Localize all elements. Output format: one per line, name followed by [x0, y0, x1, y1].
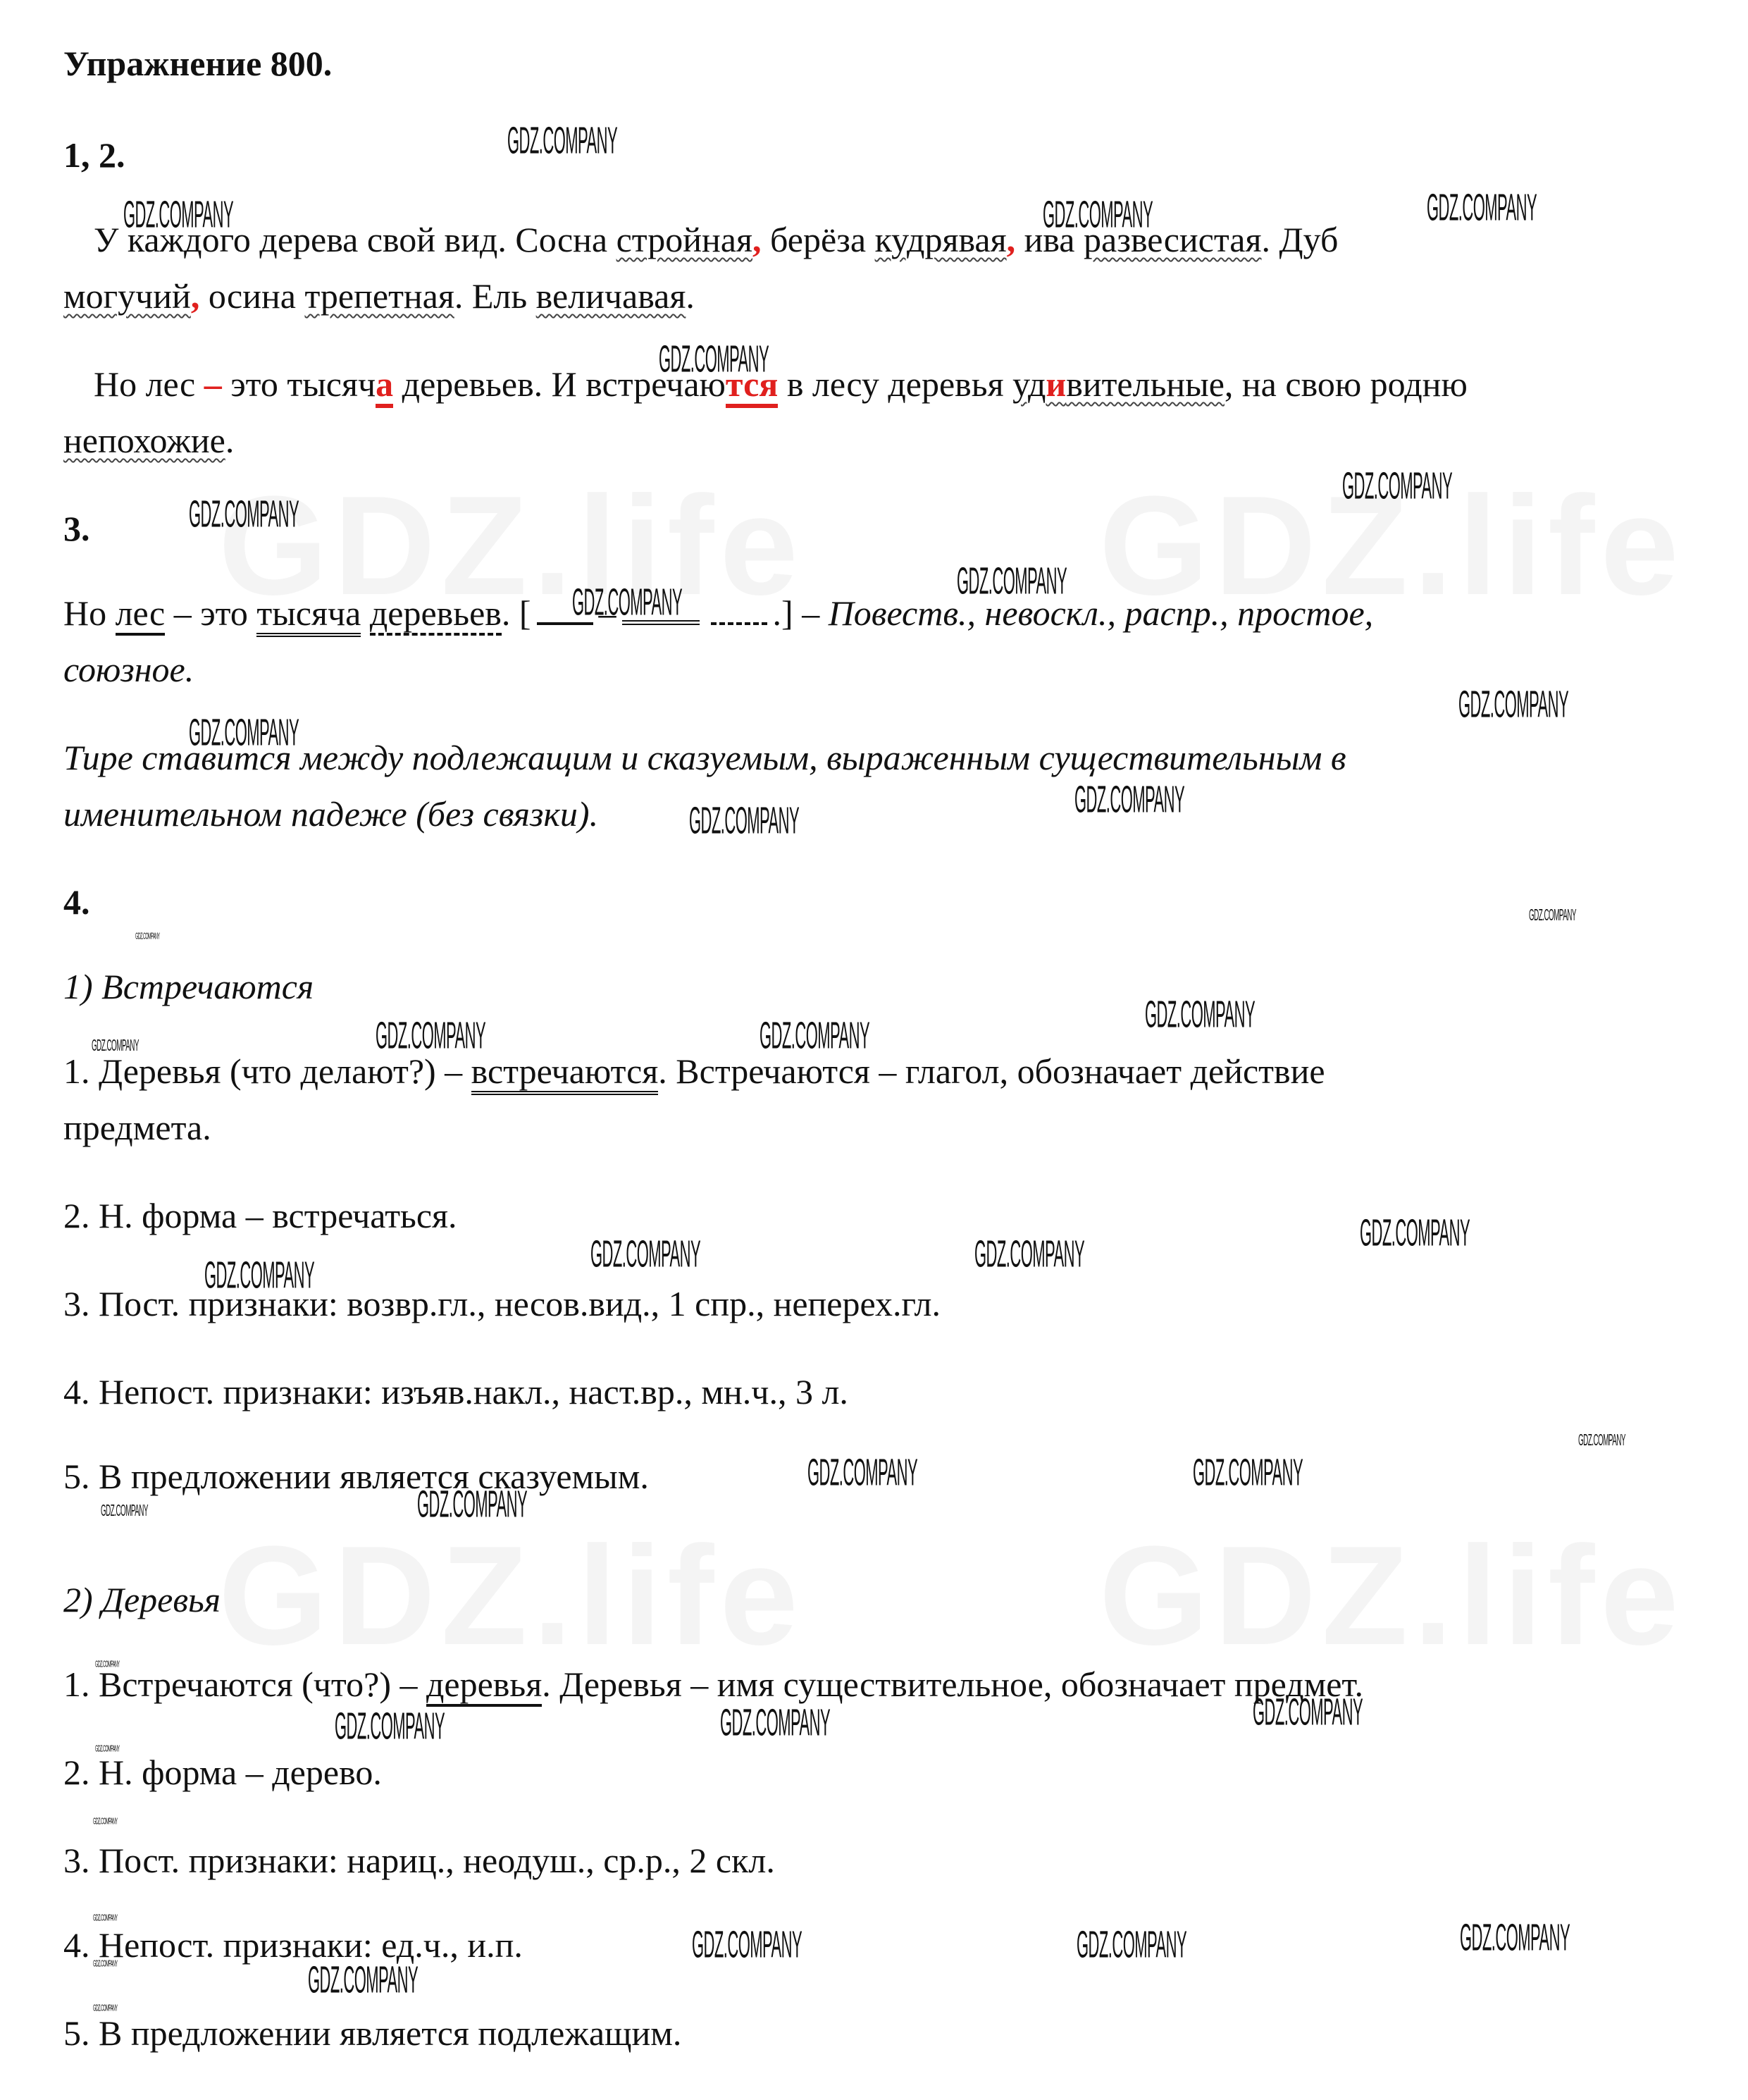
red-comma: , — [191, 276, 200, 316]
wavy-underlined-word: величавая — [536, 276, 686, 316]
text-run: Но — [63, 593, 116, 633]
watermark: GDZ.COMPANY — [1193, 1452, 1303, 1495]
wavy-underlined-word: стройная — [616, 220, 752, 259]
wavy-underlined-word: развесистая — [1084, 220, 1262, 259]
text-run: это тысяч — [222, 364, 376, 404]
section-heading-1-2: 1, 2. — [63, 134, 125, 176]
text-run: . Дуб — [1262, 220, 1339, 259]
document-page: GDZ.life GDZ.life GDZ.life GDZ.life Упра… — [0, 0, 1748, 2100]
text-run: . Деревья – имя существительное, обознач… — [542, 1664, 1363, 1704]
watermark: GDZ.COMPANY — [1529, 906, 1576, 925]
text-run: – это — [165, 593, 256, 633]
exercise-title: Упражнение 800. — [63, 42, 332, 85]
text-run: осина — [199, 276, 304, 316]
watermark: GDZ.COMPANY — [1460, 1917, 1570, 1960]
red-ending: а — [376, 364, 393, 408]
watermark: GDZ.COMPANY — [189, 493, 299, 536]
paragraph1-line2: могучий, осина трепетная. Ель величавая. — [63, 275, 695, 317]
text-run: в лесу деревья — [778, 364, 1012, 404]
text-run: 1. Деревья (что делают?) – — [63, 1051, 471, 1091]
part2-item2: 2. Н. форма – дерево. — [63, 1751, 382, 1793]
text-run: , на свою родню — [1225, 364, 1468, 404]
watermark: GDZ.COMPANY — [135, 932, 159, 941]
text-run: . Встречаются – глагол, обозначает дейст… — [658, 1051, 1325, 1091]
scheme-dash: – — [599, 593, 616, 633]
watermark: GDZ.COMPANY — [507, 120, 617, 163]
part1-item1: 1. Деревья (что делают?) – встречаются. … — [63, 1050, 1325, 1092]
red-letter: и — [1046, 364, 1066, 404]
watermark: GDZ.COMPANY — [93, 1913, 117, 1923]
wavy-underlined-word: трепетная — [304, 276, 454, 316]
background-watermark: GDZ.life — [1099, 1515, 1685, 1677]
watermark: GDZ.COMPANY — [101, 1501, 148, 1520]
watermark: GDZ.COMPANY — [1342, 465, 1452, 508]
wavy-underlined-word: могучий — [63, 276, 191, 316]
part1-title: 1) Встречаются — [63, 965, 314, 1008]
part2-title: 2) Деревья — [63, 1579, 221, 1621]
scheme-subject-line — [537, 615, 593, 625]
sentence-characteristic-cont: союзное. — [63, 648, 194, 691]
watermark: GDZ.COMPANY — [1360, 1212, 1470, 1255]
rule-line-1: Тире ставится между подлежащим и сказуем… — [63, 736, 1346, 779]
text-run: – — [793, 593, 829, 633]
text-run: ива — [1015, 220, 1084, 259]
text-run: деревьев. И встречаю — [393, 364, 726, 404]
watermark: GDZ.COMPANY — [692, 1924, 802, 1967]
scheme-bracket-close: .] — [773, 593, 793, 633]
watermark: GDZ.COMPANY — [335, 1705, 445, 1748]
wavy-underlined-word: кудрявая — [875, 220, 1007, 259]
scheme-bracket-open: [ — [519, 593, 531, 633]
scheme-predicate-line — [622, 613, 700, 625]
predicate-word: встречаются — [471, 1051, 659, 1095]
watermark: GDZ.COMPANY — [93, 1817, 117, 1827]
text-run: Но лес — [94, 364, 204, 404]
paragraph2-line2: непохожие. — [63, 419, 234, 462]
object-word: деревьев — [370, 593, 502, 636]
watermark: GDZ.COMPANY — [1145, 994, 1255, 1037]
watermark: GDZ.COMPANY — [1074, 779, 1184, 822]
part1-item2: 2. Н. форма – встречаться. — [63, 1194, 457, 1237]
background-watermark: GDZ.life — [218, 1515, 804, 1677]
text-run: . — [686, 276, 695, 316]
part1-item1-cont: предмета. — [63, 1106, 211, 1149]
text-run: 1. Встречаются (что?) – — [63, 1664, 426, 1704]
wavy-underlined-word: уд — [1012, 364, 1046, 404]
text-run: . — [225, 421, 235, 460]
text-run: У каждого дерева свой вид. Сосна — [94, 220, 616, 259]
watermark: GDZ.COMPANY — [1427, 187, 1537, 230]
watermark: GDZ.COMPANY — [689, 800, 799, 843]
watermark: GDZ.COMPANY — [590, 1233, 700, 1276]
red-dash: – — [204, 364, 222, 404]
watermark: GDZ.COMPANY — [1077, 1924, 1186, 1967]
watermark: GDZ.COMPANY — [1458, 684, 1568, 727]
watermark: GDZ.COMPANY — [720, 1702, 830, 1745]
section-heading-4: 4. — [63, 881, 90, 923]
part2-item1: 1. Встречаются (что?) – деревья. Деревья… — [63, 1663, 1363, 1705]
subject-word: лес — [116, 593, 166, 636]
parsed-sentence: Но лес – это тысяча деревьев. [–.] – Пов… — [63, 592, 1373, 634]
watermark: GDZ.COMPANY — [974, 1233, 1084, 1276]
text-run: . Ель — [454, 276, 536, 316]
text-run: . — [502, 593, 519, 633]
part2-item5: 5. В предложении является подлежащим. — [63, 2012, 681, 2054]
watermark: GDZ.COMPANY — [1578, 1431, 1625, 1450]
section-heading-3: 3. — [63, 507, 90, 550]
part2-item3: 3. Пост. признаки: нариц., неодуш., ср.р… — [63, 1839, 775, 1882]
paragraph1-line1: У каждого дерева свой вид. Сосна стройна… — [94, 218, 1338, 261]
sentence-scheme: [–.] — [519, 592, 793, 634]
part1-item5: 5. В предложении является сказуемым. — [63, 1455, 649, 1497]
rule-line-2: именительном падеже (без связки). — [63, 793, 598, 835]
paragraph2-line1: Но лес – это тысяча деревьев. И встречаю… — [94, 363, 1468, 405]
red-comma: , — [1007, 220, 1016, 259]
wavy-underlined-word: вительные — [1066, 364, 1225, 404]
part1-item3: 3. Пост. признаки: возвр.гл., несов.вид.… — [63, 1283, 941, 1325]
text-run — [361, 593, 370, 633]
wavy-underlined-word: непохожие — [63, 421, 225, 460]
watermark: GDZ.COMPANY — [807, 1452, 917, 1495]
text-run: берёза — [761, 220, 874, 259]
predicate-word: тысяча — [256, 593, 361, 637]
part1-item4: 4. Непост. признаки: изъяв.накл., наст.в… — [63, 1371, 848, 1413]
red-comma: , — [752, 220, 762, 259]
red-ending: тся — [726, 364, 778, 408]
subject-word: деревья — [426, 1664, 542, 1707]
sentence-characteristic: Повеств., невоскл., распр., простое, — [829, 593, 1373, 633]
scheme-object-line — [711, 615, 767, 625]
part2-item4: 4. Непост. признаки: ед.ч., и.п. — [63, 1924, 523, 1966]
